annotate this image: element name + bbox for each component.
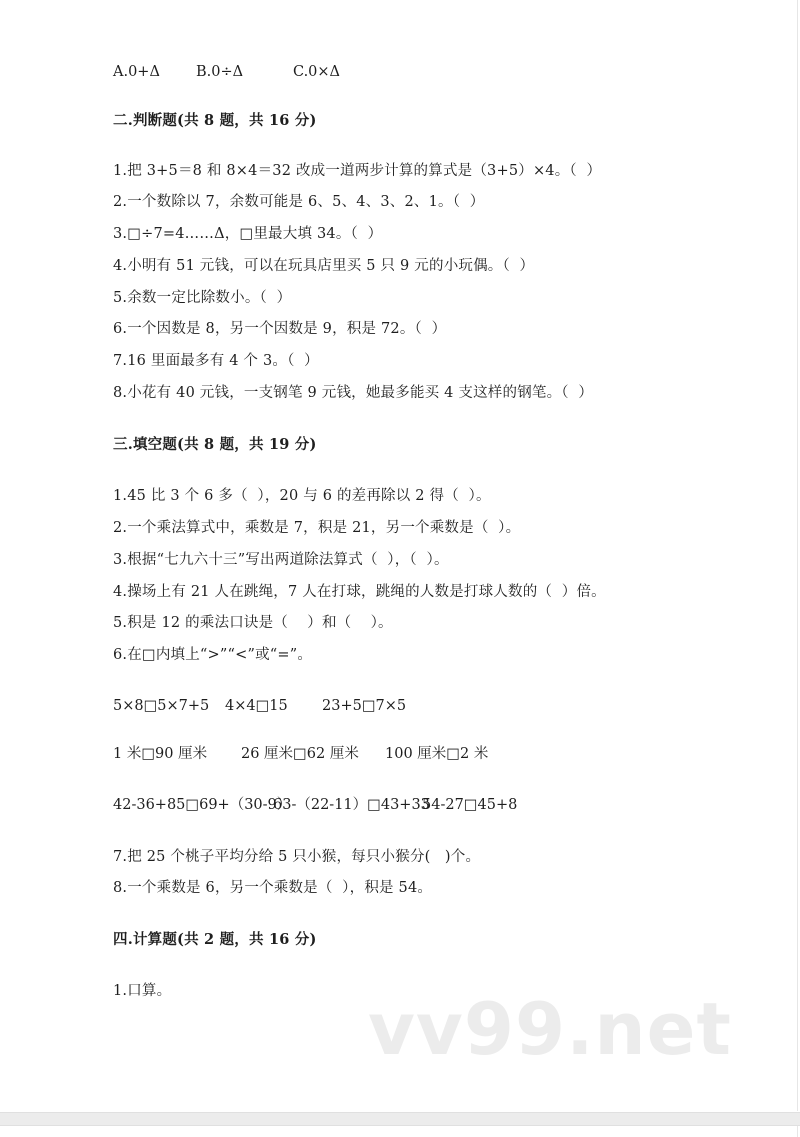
compare-expr: 100 厘米□2 米 <box>385 745 488 763</box>
fill-question-1: 1.45 比 3 个 6 多（ ），20 与 6 的差再除以 2 得（ ）。 <box>113 487 491 505</box>
section-heading-true-false: 二.判断题(共 8 题，共 16 分) <box>113 112 317 130</box>
fill-question-5: 5.积是 12 的乘法口诀是（ ）和（ ）。 <box>113 614 393 632</box>
next-page-top <box>0 1126 798 1137</box>
compare-expr: 63-（22-11）□43+33 <box>273 796 430 814</box>
calc-question-1: 1.口算。 <box>113 982 171 1000</box>
page-separator <box>0 1112 800 1126</box>
fill-question-4: 4.操场上有 21 人在跳绳，7 人在打球，跳绳的人数是打球人数的（ ）倍。 <box>113 583 606 601</box>
option-b: B.0÷Δ <box>196 63 243 81</box>
fill-question-8: 8.一个乘数是 6，另一个乘数是（ ），积是 54。 <box>113 879 432 897</box>
tf-question-8: 8.小花有 40 元钱，一支钢笔 9 元钱，她最多能买 4 支这样的钢笔。（ ） <box>113 384 593 402</box>
option-a: A.0+Δ <box>113 63 160 81</box>
fill-question-2: 2.一个乘法算式中，乘数是 7，积是 21，另一个乘数是（ ）。 <box>113 519 520 537</box>
fill-question-3: 3.根据“七九六十三”写出两道除法算式（ ），（ ）。 <box>113 551 449 569</box>
tf-question-1: 1.把 3+5＝8 和 8×4＝32 改成一道两步计算的算式是（3+5）×4。（… <box>113 162 601 180</box>
document-page: A.0+Δ B.0÷Δ C.0×Δ 二.判断题(共 8 题，共 16 分) 1.… <box>0 0 798 1111</box>
tf-question-3: 3.□÷7=4……Δ，□里最大填 34。（ ） <box>113 225 382 243</box>
compare-expr: 1 米□90 厘米 <box>113 745 207 763</box>
option-c: C.0×Δ <box>293 63 340 81</box>
compare-expr: 4×4□15 <box>225 697 288 715</box>
tf-question-5: 5.余数一定比除数小。（ ） <box>113 289 291 307</box>
section-heading-calculation: 四.计算题(共 2 题，共 16 分) <box>113 931 317 949</box>
tf-question-6: 6.一个因数是 8，另一个因数是 9，积是 72。（ ） <box>113 320 446 338</box>
fill-question-7: 7.把 25 个桃子平均分给 5 只小猴，每只小猴分( )个。 <box>113 848 480 866</box>
tf-question-4: 4.小明有 51 元钱，可以在玩具店里买 5 只 9 元的小玩偶。（ ） <box>113 257 534 275</box>
compare-expr: 42-36+85□69+（30-9） <box>113 796 291 814</box>
tf-question-7: 7.16 里面最多有 4 个 3。（ ） <box>113 352 319 370</box>
tf-question-2: 2.一个数除以 7，余数可能是 6、5、4、3、2、1。（ ） <box>113 193 485 211</box>
fill-question-6: 6.在□内填上“>”“<”或“=”。 <box>113 646 312 664</box>
watermark: vv99.net <box>368 993 732 1065</box>
compare-expr: 26 厘米□62 厘米 <box>241 745 359 763</box>
compare-expr: 5×8□5×7+5 <box>113 697 209 715</box>
compare-expr: 54-27□45+8 <box>422 796 517 814</box>
section-heading-fill-blank: 三.填空题(共 8 题，共 19 分) <box>113 436 317 454</box>
compare-expr: 23+5□7×5 <box>322 697 406 715</box>
